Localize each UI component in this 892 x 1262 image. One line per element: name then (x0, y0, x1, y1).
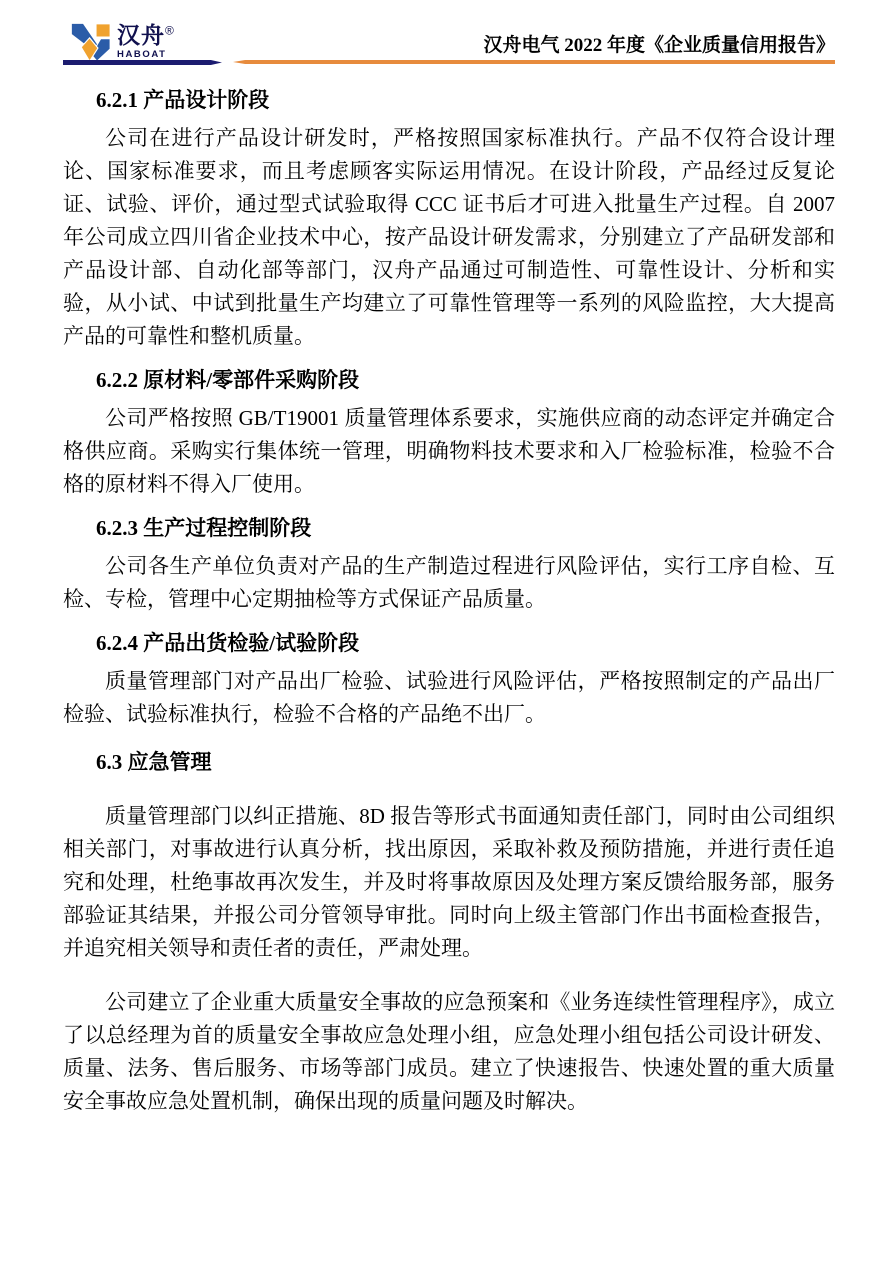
section-heading: 6.2.1 产品设计阶段 (63, 84, 835, 117)
paragraph: 公司各生产单位负责对产品的生产制造过程进行风险评估，实行工序自检、互检、专检，管… (63, 550, 835, 616)
document-body: 6.2.1 产品设计阶段 公司在进行产品设计研发时，严格按照国家标准执行。产品不… (63, 84, 835, 1118)
section-heading: 6.2.2 原材料/零部件采购阶段 (63, 364, 835, 397)
paragraph: 质量管理部门对产品出厂检验、试验进行风险评估，严格按照制定的产品出厂检验、试验标… (63, 665, 835, 731)
section-6-3: 6.3 应急管理 质量管理部门以纠正措施、8D 报告等形式书面通知责任部门，同时… (63, 746, 835, 1118)
section-6-2-1: 6.2.1 产品设计阶段 公司在进行产品设计研发时，严格按照国家标准执行。产品不… (63, 84, 835, 353)
section-heading: 6.2.3 生产过程控制阶段 (63, 512, 835, 545)
paragraph: 公司在进行产品设计研发时，严格按照国家标准执行。产品不仅符合设计理论、国家标准要… (63, 122, 835, 353)
report-header-title: 汉舟电气 2022 年度《企业质量信用报告》 (483, 30, 835, 57)
section-6-2-4: 6.2.4 产品出货检验/试验阶段 质量管理部门对产品出厂检验、试验进行风险评估… (63, 627, 835, 731)
header-rule-navy (63, 60, 222, 65)
paragraph: 质量管理部门以纠正措施、8D 报告等形式书面通知责任部门，同时由公司组织相关部门… (63, 800, 835, 965)
header-rule-orange (233, 60, 835, 64)
section-heading: 6.2.4 产品出货检验/试验阶段 (63, 627, 835, 660)
section-6-2-3: 6.2.3 生产过程控制阶段 公司各生产单位负责对产品的生产制造过程进行风险评估… (63, 512, 835, 616)
section-heading: 6.3 应急管理 (63, 746, 835, 779)
logo-wordmark: 汉舟® HABOAT (117, 24, 175, 60)
logo-brand-name: 汉舟® (117, 24, 175, 46)
registered-trademark-icon: ® (165, 23, 175, 37)
haboat-logo-icon (70, 22, 111, 63)
paragraph: 公司严格按照 GB/T19001 质量管理体系要求，实施供应商的动态评定并确定合… (63, 402, 835, 501)
report-page: 汉舟® HABOAT 汉舟电气 2022 年度《企业质量信用报告》 6.2.1 … (0, 0, 892, 1262)
company-logo: 汉舟® HABOAT (70, 22, 175, 63)
paragraph: 公司建立了企业重大质量安全事故的应急预案和《业务连续性管理程序》，成立了以总经理… (63, 986, 835, 1118)
section-6-2-2: 6.2.2 原材料/零部件采购阶段 公司严格按照 GB/T19001 质量管理体… (63, 364, 835, 501)
logo-brand-latin: HABOAT (117, 49, 175, 60)
